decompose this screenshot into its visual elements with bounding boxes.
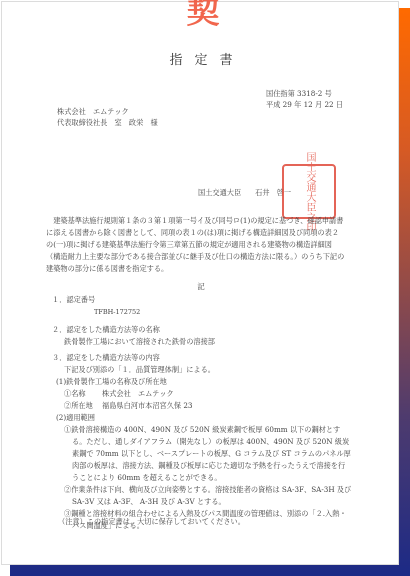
ki-heading: 記 bbox=[2, 281, 400, 292]
section-3-heading: ３．認定をした構造方法等の内容 bbox=[52, 352, 352, 364]
reference-block: 国住指第 3318-2 号 平成 29 年 12 月 22 日 bbox=[266, 88, 343, 110]
addressee-block: 株式会社 エムテック 代表取締役社長 室 政栄 様 bbox=[57, 106, 158, 128]
issuer-title: 国土交通大臣 bbox=[198, 188, 241, 197]
section-2-heading: ２．認定をした構造方法等の名称 bbox=[52, 324, 215, 336]
factory-location-value: 福島県白河市本沼宮久保 23 bbox=[102, 400, 193, 412]
sub1-heading: (1)鉄骨製作工場の名称及び所在地 bbox=[52, 376, 352, 388]
factory-name-label: ①名称 bbox=[64, 388, 102, 400]
issuer-line: 国土交通大臣石井 啓一 bbox=[198, 188, 291, 198]
sub2-heading: (2)適用範囲 bbox=[52, 412, 352, 424]
factory-location-row: ②所在地 福島県白河市本沼宮久保 23 bbox=[52, 400, 352, 412]
addressee-company: 株式会社 エムテック bbox=[57, 106, 158, 117]
section-3-intro: 下記及び別添の「１．品質管理体制」による。 bbox=[52, 364, 352, 376]
factory-name-row: ①名称 株式会社 エムテック bbox=[52, 388, 352, 400]
scope-item-2: ②作業条件は下向、横向及び立向姿勢とする。溶接技能者の資格は SA-3F、SA-… bbox=[52, 484, 352, 508]
certification-number: TFBH-172752 bbox=[52, 306, 140, 318]
issue-date: 平成 29 年 12 月 22 日 bbox=[266, 99, 343, 110]
section-2: ２．認定をした構造方法等の名称 鉄骨製作工場において溶接された鉄骨の溶接部 bbox=[52, 324, 215, 348]
storage-note: （注意）この指定書は、大切に保存しておいてください。 bbox=[58, 517, 245, 527]
section-3: ３．認定をした構造方法等の内容 下記及び別添の「１．品質管理体制」による。 (1… bbox=[52, 352, 352, 532]
official-seal-icon: 国土交通大臣之印 bbox=[282, 164, 336, 219]
document-title: 指定書 bbox=[2, 49, 400, 68]
body-paragraph: 建築基準法施行規則第１条の３第１項第一号イ及び同号ロ(1)の規定に基づき、確認申… bbox=[46, 215, 346, 275]
scope-item-1: ①鉄骨溶接構造の 400N、490N 及び 520N 級炭素鋼で板厚 60mm … bbox=[52, 424, 352, 484]
certificate-document: 契 指定書 国住指第 3318-2 号 平成 29 年 12 月 22 日 株式… bbox=[1, 1, 399, 565]
section-1-heading: １．認定番号 bbox=[52, 294, 140, 306]
section-1: １．認定番号 TFBH-172752 bbox=[52, 294, 140, 318]
method-name: 鉄骨製作工場において溶接された鉄骨の溶接部 bbox=[52, 336, 215, 348]
addressee-representative: 代表取締役社長 室 政栄 様 bbox=[57, 117, 158, 128]
reference-number: 国住指第 3318-2 号 bbox=[266, 88, 343, 99]
contract-stamp-icon: 契 bbox=[180, 0, 226, 32]
factory-name-value: 株式会社 エムテック bbox=[102, 388, 174, 400]
factory-location-label: ②所在地 bbox=[64, 400, 102, 412]
